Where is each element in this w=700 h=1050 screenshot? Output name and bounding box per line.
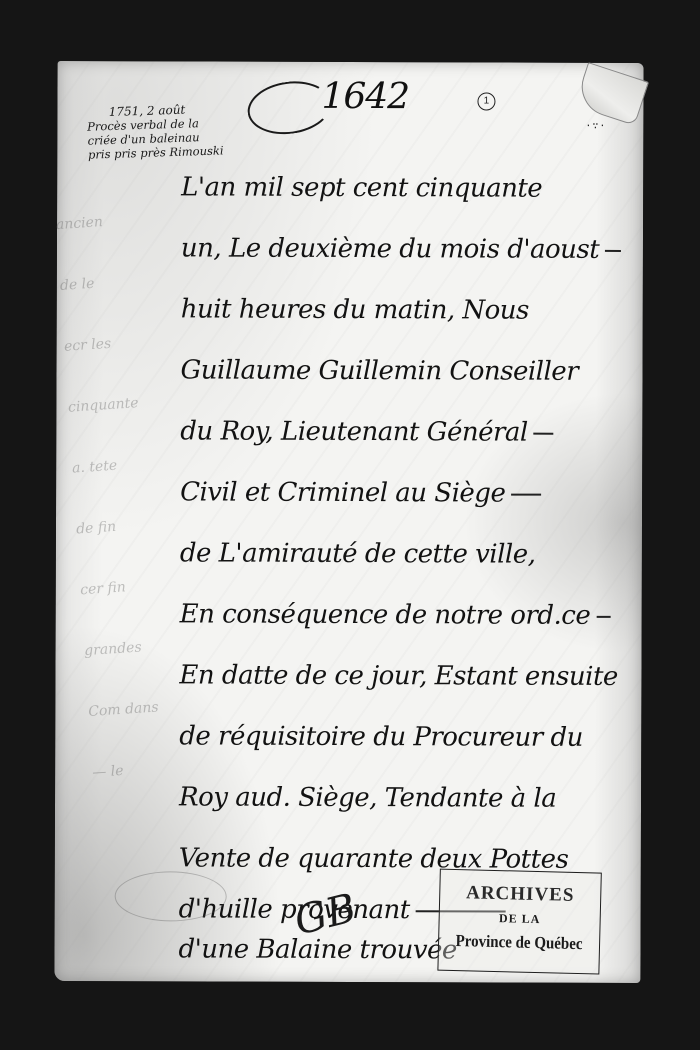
body-line: L'an mil sept cent cinquante [181,157,641,220]
body-line: En datte de ce jour, Estant ensuite [179,645,639,708]
stamp-subtitle: DE LA [440,910,600,929]
ink-dots-mark: ·∵· [585,121,606,132]
body-line: du Roy, Lieutenant Général [180,401,640,464]
body-line: Roy aud. Siège, Tendante à la [179,767,639,830]
stamp-title: ARCHIVES [440,882,600,908]
faded-flourish [115,871,227,921]
bleed-through-text: anciende leecr lescinquantea. tetede fin… [54,189,194,804]
body-line: Civil et Criminel au Siège [180,462,640,525]
page-number-circle: 1 [477,92,495,110]
document-number: 1642 [321,76,409,117]
scanned-document-image: 1751, 2 août Procès verbal de la criée d… [0,0,700,1050]
archives-stamp: ARCHIVES DE LA Province de Québec [437,869,601,975]
body-line: de L'amirauté de cette ville, [180,523,640,586]
folded-corner [574,62,649,126]
manuscript-body: L'an mil sept cent cinquante un, Le deux… [178,157,641,971]
stamp-province: Province de Québec [448,931,589,954]
body-line: huit heures du matin, Nous [181,279,641,342]
body-line: un, Le deuxième du mois d'aoust [181,218,641,281]
body-line: de réquisitoire du Procureur du [179,706,639,769]
body-line: En conséquence de notre ord.ce [180,584,640,647]
manuscript-page: 1751, 2 août Procès verbal de la criée d… [54,61,643,983]
margin-annotation: 1751, 2 août Procès verbal de la criée d… [87,101,239,162]
body-line: Guillaume Guillemin Conseiller [180,340,640,403]
